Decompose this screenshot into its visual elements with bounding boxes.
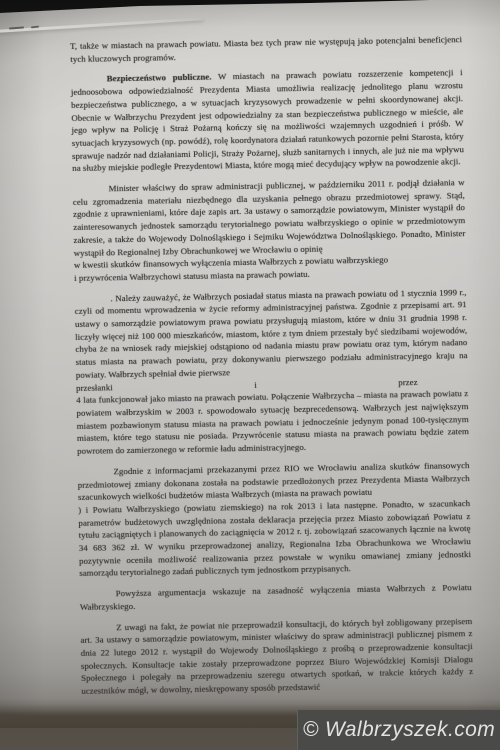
paragraph: Zgodnie z informacjami przekazanymi prze… — [77, 459, 471, 580]
paragraph: T, także w miastach na prawach powiatu. … — [70, 33, 462, 65]
paragraph: Powyższa argumentacja wskazuje na zasadn… — [80, 581, 472, 613]
paragraph-lead-bold: Bezpieczeństwo publiczne. — [107, 72, 212, 84]
document-photo: T, także w miastach na prawach powiatu. … — [0, 0, 500, 750]
paper-crease — [0, 17, 204, 33]
paragraph: Bezpieczeństwo publiczne. W miastach na … — [71, 67, 465, 175]
paragraph: . Należy zauważyć, że Wałbrzych posiadał… — [74, 286, 469, 458]
paragraph: Z uwagi na fakt, że powiat nie przeprowa… — [80, 615, 473, 698]
watermark-text: © Walbrzyszek.com — [303, 718, 495, 742]
paragraph: Minister właściwy do spraw administracji… — [72, 176, 466, 284]
document-text: T, także w miastach na prawach powiatu. … — [70, 33, 473, 697]
paper-sheet: T, także w miastach na prawach powiatu. … — [0, 0, 500, 750]
watermark-band: © Walbrzyszek.com — [297, 710, 500, 750]
